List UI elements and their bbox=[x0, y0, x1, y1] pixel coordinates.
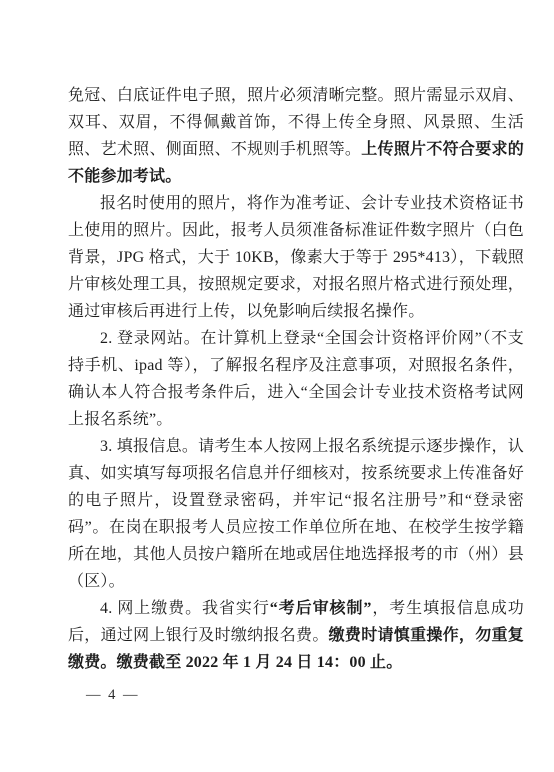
paragraph-step3-fill-info: 3. 填报信息。请考生本人按网上报名系统提示逐步操作，认真、如实填写每项报名信息… bbox=[68, 433, 524, 595]
document-page: 免冠、白底证件电子照，照片必须清晰完整。照片需显示双肩、双耳、双眉，不得佩戴首饰… bbox=[0, 0, 554, 772]
paragraph-step2-login: 2. 登录网站。在计算机上登录“全国会计资格评价网”（不支持手机、ipad 等）… bbox=[68, 325, 524, 433]
emphasis-text-review-policy: “考后审核制” bbox=[270, 600, 372, 617]
paragraph-photo-usage: 报名时使用的照片，将作为准考证、会计专业技术资格证书上使用的照片。因此，报考人员… bbox=[68, 190, 524, 325]
paragraph-text: 3. 填报信息。请考生本人按网上报名系统提示逐步操作，认真、如实填写每项报名信息… bbox=[68, 438, 524, 590]
page-number: — 4 — bbox=[86, 687, 140, 704]
paragraph-photo-requirements: 免冠、白底证件电子照，照片必须清晰完整。照片需显示双肩、双耳、双眉，不得佩戴首饰… bbox=[68, 82, 524, 190]
document-body: 免冠、白底证件电子照，照片必须清晰完整。照片需显示双肩、双耳、双眉，不得佩戴首饰… bbox=[68, 82, 524, 676]
paragraph-text: 4. 网上缴费。我省实行 bbox=[100, 600, 270, 617]
paragraph-text: 报名时使用的照片，将作为准考证、会计专业技术资格证书上使用的照片。因此，报考人员… bbox=[68, 195, 524, 320]
paragraph-step4-payment: 4. 网上缴费。我省实行“考后审核制”，考生填报信息成功后，通过网上银行及时缴纳… bbox=[68, 595, 524, 676]
paragraph-text: 2. 登录网站。在计算机上登录“全国会计资格评价网”（不支持手机、ipad 等）… bbox=[68, 330, 524, 428]
